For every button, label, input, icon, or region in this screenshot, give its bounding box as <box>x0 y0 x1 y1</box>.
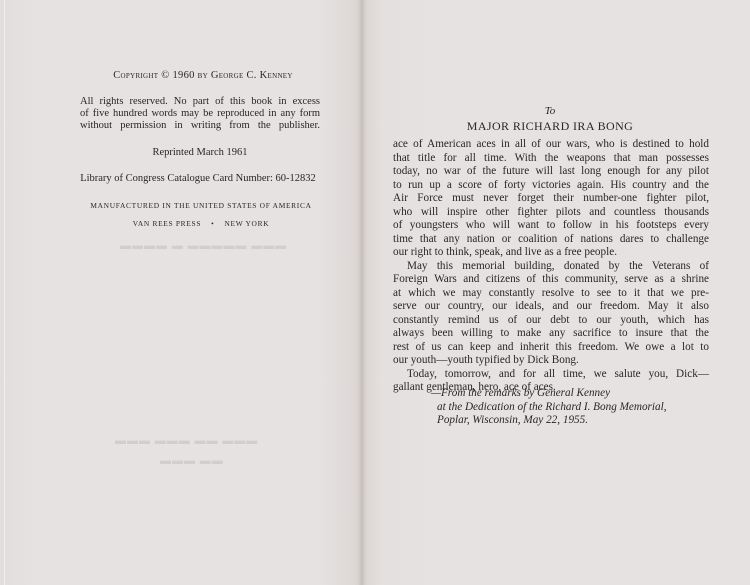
text-line: today, no war of the future will last lo… <box>393 165 709 179</box>
text-line: at which we may constantly resolve to se… <box>393 287 709 301</box>
bleed-through-text: ▬▬▬▬ ▬ ▬▬▬▬▬ ▬▬▬ <box>120 240 287 252</box>
press-city: New York <box>224 219 269 228</box>
text-line: who will inspire other fighter pilots an… <box>393 206 709 220</box>
text-line: time that any nation or coalition of nat… <box>393 233 709 247</box>
text-line: that title for all time. With the weapon… <box>393 152 709 166</box>
rights-line: of five hundred words may be reproduced … <box>80 108 320 120</box>
attribution-line: at the Dedication of the Richard I. Bong… <box>437 401 727 415</box>
rights-line: All rights reserved. No part of this boo… <box>80 96 320 108</box>
text-line: rest of us can keep and inherit this fre… <box>393 341 709 355</box>
publisher-imprint: Van Rees Press•New York <box>78 219 324 228</box>
reprint-date: Reprinted March 1961 <box>80 147 320 158</box>
copyright-line: Copyright © 1960 by George C. Kenney <box>88 70 318 81</box>
bleed-through-text: ▬▬▬ ▬▬ <box>160 455 224 467</box>
dedication-to: To <box>380 105 720 117</box>
text-line: Foreign Wars and citizens of this commun… <box>393 273 709 287</box>
bullet-separator: • <box>211 219 214 228</box>
rights-line: without permission in writing from the p… <box>80 120 320 132</box>
rights-notice: All rights reserved. No part of this boo… <box>80 96 320 132</box>
text-line: constantly remind us of our debt to our … <box>393 314 709 328</box>
text-line: to run up a score of forty victories aga… <box>393 179 709 193</box>
book-spread: ▬▬▬▬ ▬ ▬▬▬▬▬ ▬▬▬ ▬▬▬ ▬▬▬ ▬▬ ▬▬▬ ▬▬▬ ▬▬ C… <box>0 0 750 585</box>
text-line: serve our country, our ideals, and our f… <box>393 300 709 314</box>
book-gutter <box>358 0 366 585</box>
library-of-congress-number: Library of Congress Catalogue Card Numbe… <box>72 173 324 184</box>
text-line: our right to think, speak, and live as a… <box>393 246 709 260</box>
manufactured-notice: Manufactured in the United States of Ame… <box>78 201 324 210</box>
text-line: always been willing to make any sacrific… <box>393 327 709 341</box>
text-line: our youth—youth typified by Dick Bong. <box>393 354 709 368</box>
dedication-body: ace of American aces in all of our wars,… <box>393 138 709 395</box>
attribution: —From the remarks by General Kenney at t… <box>437 387 727 428</box>
paragraph-1: ace of American aces in all of our wars,… <box>393 138 709 260</box>
text-line: Air Force must never forget their number… <box>393 192 709 206</box>
left-page <box>0 0 362 585</box>
paragraph-2: May this memorial building, donated by t… <box>393 260 709 368</box>
attribution-line: —From the remarks by General Kenney <box>431 387 727 401</box>
attribution-line: Poplar, Wisconsin, May 22, 1955. <box>437 414 727 428</box>
text-line: May this memorial building, donated by t… <box>393 260 709 274</box>
text-line: ace of American aces in all of our wars,… <box>393 138 709 152</box>
bleed-through-text: ▬▬▬ ▬▬▬ ▬▬ ▬▬▬ <box>115 435 258 447</box>
dedication-name: MAJOR RICHARD IRA BONG <box>380 119 720 134</box>
page-edge <box>4 0 5 585</box>
text-line: of youngsters who will want to follow in… <box>393 219 709 233</box>
press-name: Van Rees Press <box>133 219 201 228</box>
text-line: Today, tomorrow, and for all time, we sa… <box>393 368 709 382</box>
